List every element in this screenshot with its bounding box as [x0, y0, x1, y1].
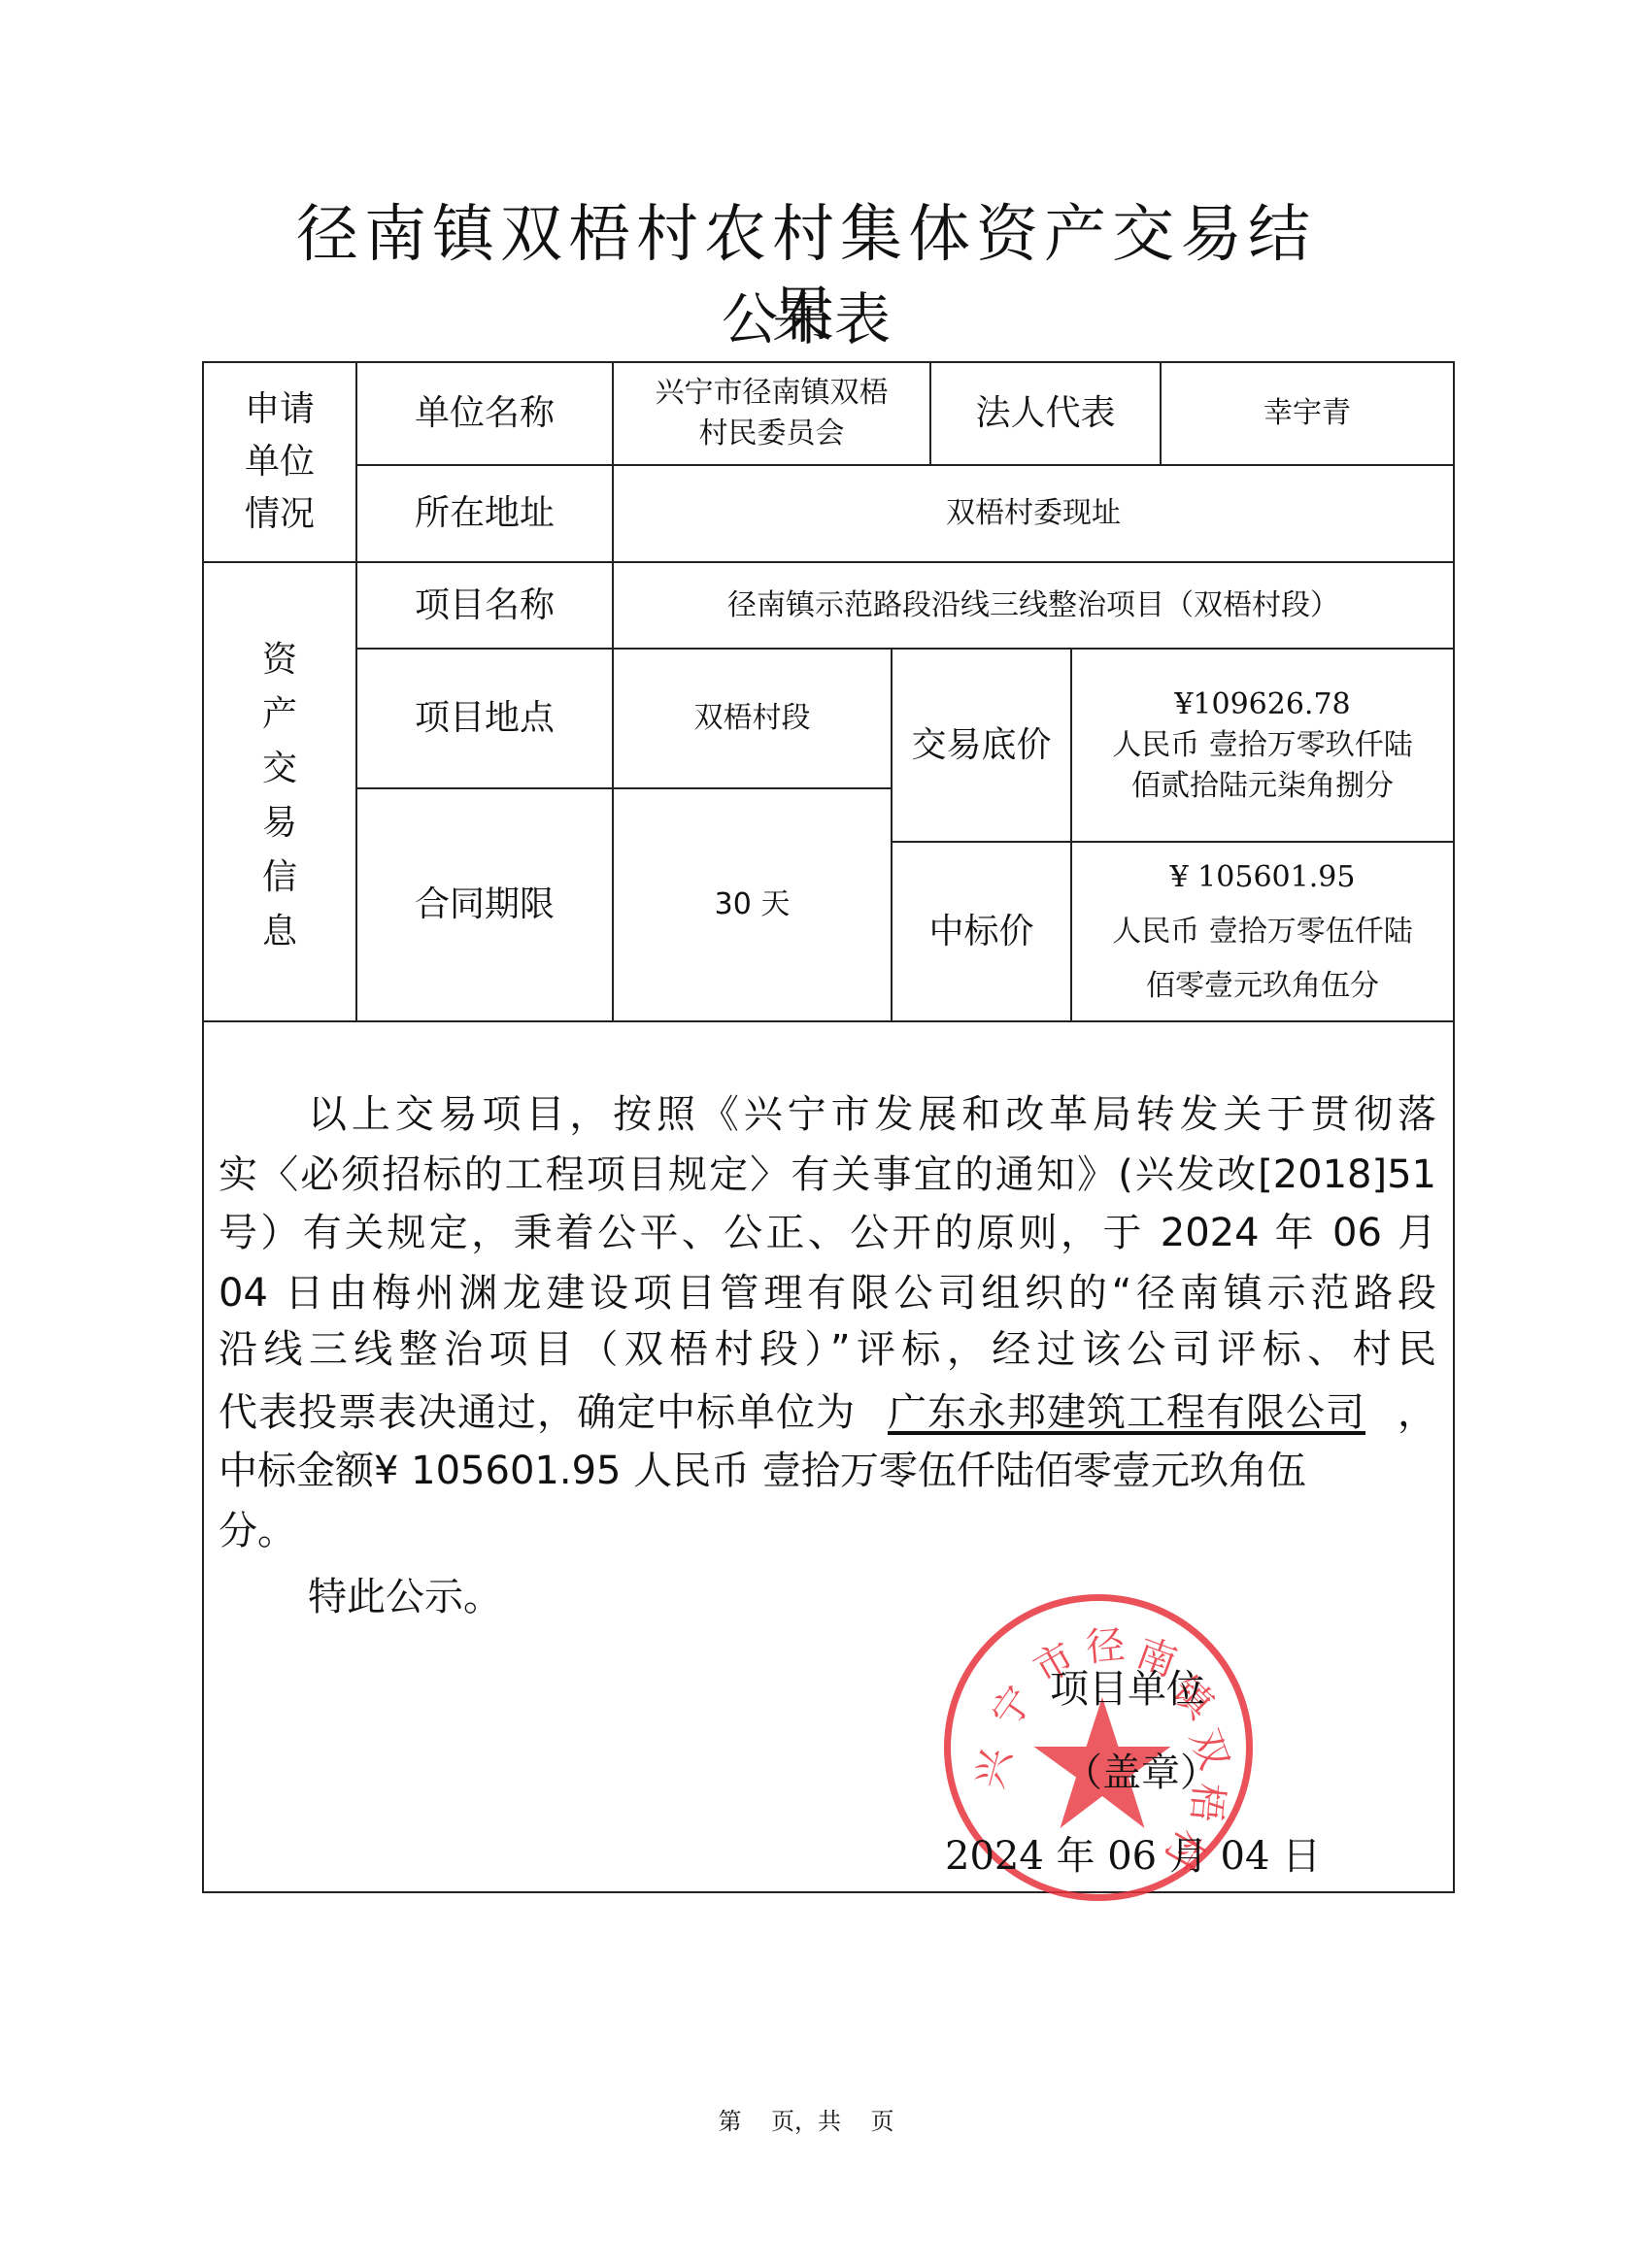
address-label: 所在地址: [357, 466, 612, 561]
body-text: ，: [1398, 1388, 1436, 1437]
section-label-char: 易: [262, 801, 297, 846]
reserve-price-value: ¥109626.78 人民币 壹拾万零玖仟陆 佰贰拾陆元柒角捌分: [1072, 650, 1453, 841]
legal-rep-value: 幸宇青: [1162, 363, 1453, 464]
body-line: 代表投票表决通过，确定中标单位为 广东永邦建筑工程有限公司 ，: [219, 1388, 1436, 1437]
section-label-char: 息: [262, 910, 297, 954]
project-location-label: 项目地点: [357, 650, 612, 787]
seal-char: 兴: [959, 1742, 1022, 1793]
body-line: 分。: [219, 1507, 1436, 1555]
section-label-char: 信: [262, 855, 297, 900]
section-label-line: 情况: [245, 492, 315, 537]
signature-date: 2024 年 06 月 04 日: [945, 1825, 1321, 1881]
legal-rep-label: 法人代表: [931, 363, 1160, 464]
section-label-char: 交: [262, 747, 297, 791]
section-label-char: 产: [262, 692, 297, 737]
divider: [202, 1020, 1455, 1022]
unit-name-line: 村民委员会: [699, 414, 845, 454]
signature-unit: 项目单位: [1050, 1658, 1205, 1714]
page-number: 第 页，共 页: [680, 2105, 932, 2138]
unit-name-value: 兴宁市径南镇双梧 村民委员会: [614, 363, 929, 464]
unit-name-line: 兴宁市径南镇双梧: [656, 373, 889, 414]
section-asset-info: 资 产 交 易 信 息: [204, 563, 355, 1020]
seal-char: 宁: [976, 1674, 1044, 1737]
contract-period-value: 30 天: [614, 789, 891, 1020]
body-line: 号）有关规定，秉着公平、公正、公开的原则，于 2024 年 06 月: [219, 1209, 1436, 1257]
section-label-line: 申请: [245, 387, 315, 432]
project-location-value: 双梧村段: [614, 650, 891, 787]
document-subtitle: 公布表: [680, 287, 932, 351]
body-line: 04 日由梅州渊龙建设项目管理有限公司组织的“径南镇示范路段: [219, 1269, 1436, 1317]
section-label-line: 单位: [245, 440, 315, 484]
winning-price-words: 佰零壹元玖角伍分: [1146, 966, 1379, 1007]
winning-price-label: 中标价: [893, 843, 1070, 1020]
winning-company: 广东永邦建筑工程有限公司: [888, 1388, 1365, 1437]
unit-name-label: 单位名称: [357, 363, 612, 464]
section-label-char: 资: [262, 638, 297, 683]
contract-period-label: 合同期限: [357, 789, 612, 1020]
winning-price-amount: ¥ 105601.95: [1170, 857, 1356, 898]
seal-note: （盖章）: [1063, 1742, 1219, 1797]
body-line: 中标金额¥ 105601.95 人民币 壹拾万零伍仟陆佰零壹元玖角伍: [219, 1447, 1423, 1495]
section-applicant-info: 申请 单位 情况: [204, 363, 355, 561]
reserve-price-words: 佰贰拾陆元柒角捌分: [1131, 766, 1394, 807]
closing-text: 特此公示。: [308, 1573, 1526, 1621]
project-name-label: 项目名称: [357, 563, 612, 648]
winning-price-words: 人民币 壹拾万零伍仟陆: [1112, 912, 1413, 952]
reserve-price-amount: ¥109626.78: [1174, 684, 1350, 725]
address-value: 双梧村委现址: [614, 466, 1453, 561]
reserve-price-words: 人民币 壹拾万零玖仟陆: [1112, 725, 1413, 766]
body-line: 实〈必须招标的工程项目规定〉有关事宜的通知》(兴发改[2018]51: [219, 1151, 1436, 1199]
winning-price-value: ¥ 105601.95 人民币 壹拾万零伍仟陆 佰零壹元玖角伍分: [1072, 843, 1453, 1020]
body-line: 以上交易项目，按照《兴宁市发展和改革局转发关于贯彻落: [308, 1090, 1436, 1139]
body-text: 代表投票表决通过，确定中标单位为: [219, 1388, 856, 1437]
project-name-value: 径南镇示范路段沿线三线整治项目（双梧村段）: [614, 563, 1453, 648]
body-line: 沿线三线整治项目（双梧村段）”评标，经过该公司评标、村民: [219, 1325, 1436, 1374]
document-title: 径南镇双梧村农村集体资产交易结果: [291, 194, 1321, 276]
reserve-price-label: 交易底价: [893, 650, 1070, 841]
